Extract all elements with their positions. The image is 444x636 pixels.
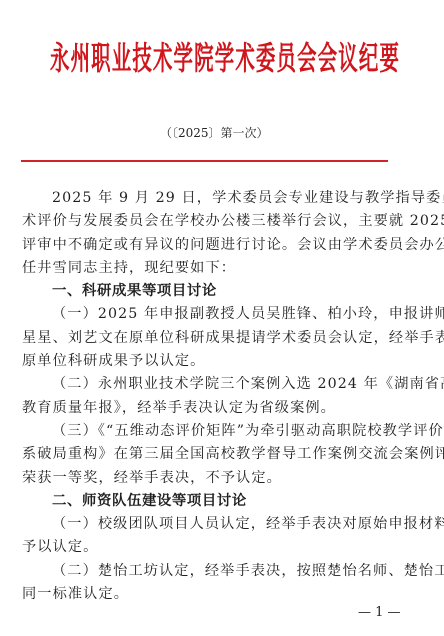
document-subtitle: （〔2025〕第一次） <box>160 124 280 142</box>
document-body: 2025 年 9 月 29 日，学术委员会专业建设与教学指导委员会和学 术评价与… <box>22 187 404 606</box>
paragraph-line: 星星、刘艺文在原单位科研成果提请学术委员会认定，经举手表决对 <box>22 327 404 350</box>
paragraph-line: （二）永州职业技术学院三个案例入选 2024 年《湖南省高等职业 <box>22 373 404 396</box>
paragraph-line: 系破局重构》在第三届全国高校教学督导工作案例交流会案例评选中 <box>22 443 404 466</box>
paragraph-line: 予以认定。 <box>22 536 404 559</box>
paragraph-line: 教育质量年报》，经举手表决认定为省级案例。 <box>22 397 404 420</box>
paragraph-line: （一）2025 年申报副教授人员吴胜锋、柏小玲，申报讲师人员刘 <box>22 303 404 326</box>
section-heading-1: 一、科研成果等项目讨论 <box>22 280 404 303</box>
paragraph-line: 术评价与发展委员会在学校办公楼三楼举行会议，主要就 2025 年职称 <box>22 210 404 233</box>
paragraph-line: 2025 年 9 月 29 日，学术委员会专业建设与教学指导委员会和学 <box>22 187 404 210</box>
paragraph-line: 同一标准认定。 <box>22 583 404 606</box>
paragraph-line: 任井雪同志主持，现纪要如下： <box>22 257 404 280</box>
paragraph-line: （一）校级团队项目人员认定，经举手表决对原始申报材料名单 <box>22 513 404 536</box>
page-number: — 1 — <box>358 604 404 622</box>
section-heading-2: 二、师资队伍建设等项目讨论 <box>22 490 404 513</box>
paragraph-line: 评审中不确定或有异议的问题进行讨论。会议由学术委员会办公室主 <box>22 234 404 257</box>
paragraph-line: 荣获一等奖，经举手表决，不予认定。 <box>22 467 404 490</box>
document-title: 永州职业技术学院学术委员会会议纪要 <box>50 29 370 88</box>
red-divider <box>21 160 388 162</box>
paragraph-line: （三）《“五维动态评价矩阵”为牵引驱动高职院校教学评价体 <box>22 420 404 443</box>
paragraph-line: （二）楚怡工坊认定，经举手表决，按照楚怡名师、楚怡工作室 <box>22 560 404 583</box>
paragraph-line: 原单位科研成果予以认定。 <box>22 350 404 373</box>
